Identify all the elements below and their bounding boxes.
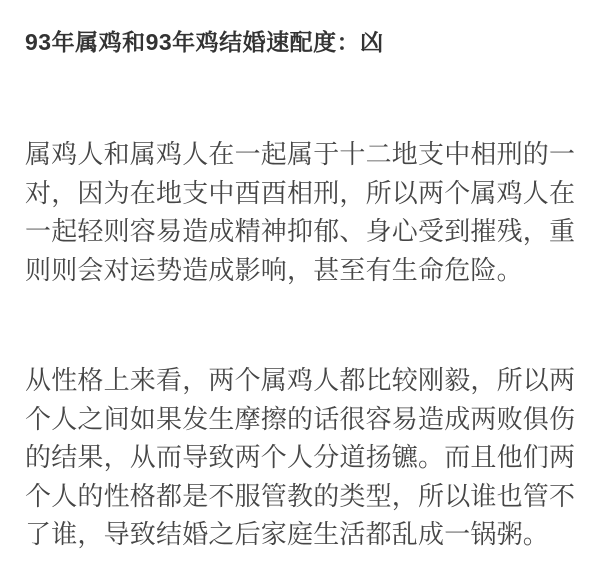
article-paragraph-2: 从性格上来看，两个属鸡人都比较刚毅，所以两个人之间如果发生摩擦的话很容易造成两败… [25, 361, 575, 554]
text-line: 的结果，从而导致两个人分道扬镳。而且他们两 [25, 438, 575, 477]
text-line: 从性格上来看，两个属鸡人都比较刚毅，所以两 [25, 361, 575, 400]
text-line: 属鸡人和属鸡人在一起属于十二地支中相刑的一 [25, 135, 575, 174]
article-paragraph-1: 属鸡人和属鸡人在一起属于十二地支中相刑的一对，因为在地支中酉酉相刑，所以两个属鸡… [25, 135, 575, 289]
text-line: 则则会对运势造成影响，甚至有生命危险。 [25, 251, 575, 290]
text-line: 个人之间如果发生摩擦的话很容易造成两败俱伤 [25, 400, 575, 439]
page-title: 93年属鸡和93年鸡结婚速配度：凶 [25, 27, 575, 57]
text-line: 一起轻则容易造成精神抑郁、身心受到摧残，重 [25, 212, 575, 251]
text-line: 了谁，导致结婚之后家庭生活都乱成一锅粥。 [25, 515, 575, 554]
article-page: 93年属鸡和93年鸡结婚速配度：凶 属鸡人和属鸡人在一起属于十二地支中相刑的一对… [0, 0, 600, 574]
text-line: 个人的性格都是不服管教的类型，所以谁也管不 [25, 477, 575, 516]
text-line: 对，因为在地支中酉酉相刑，所以两个属鸡人在 [25, 174, 575, 213]
